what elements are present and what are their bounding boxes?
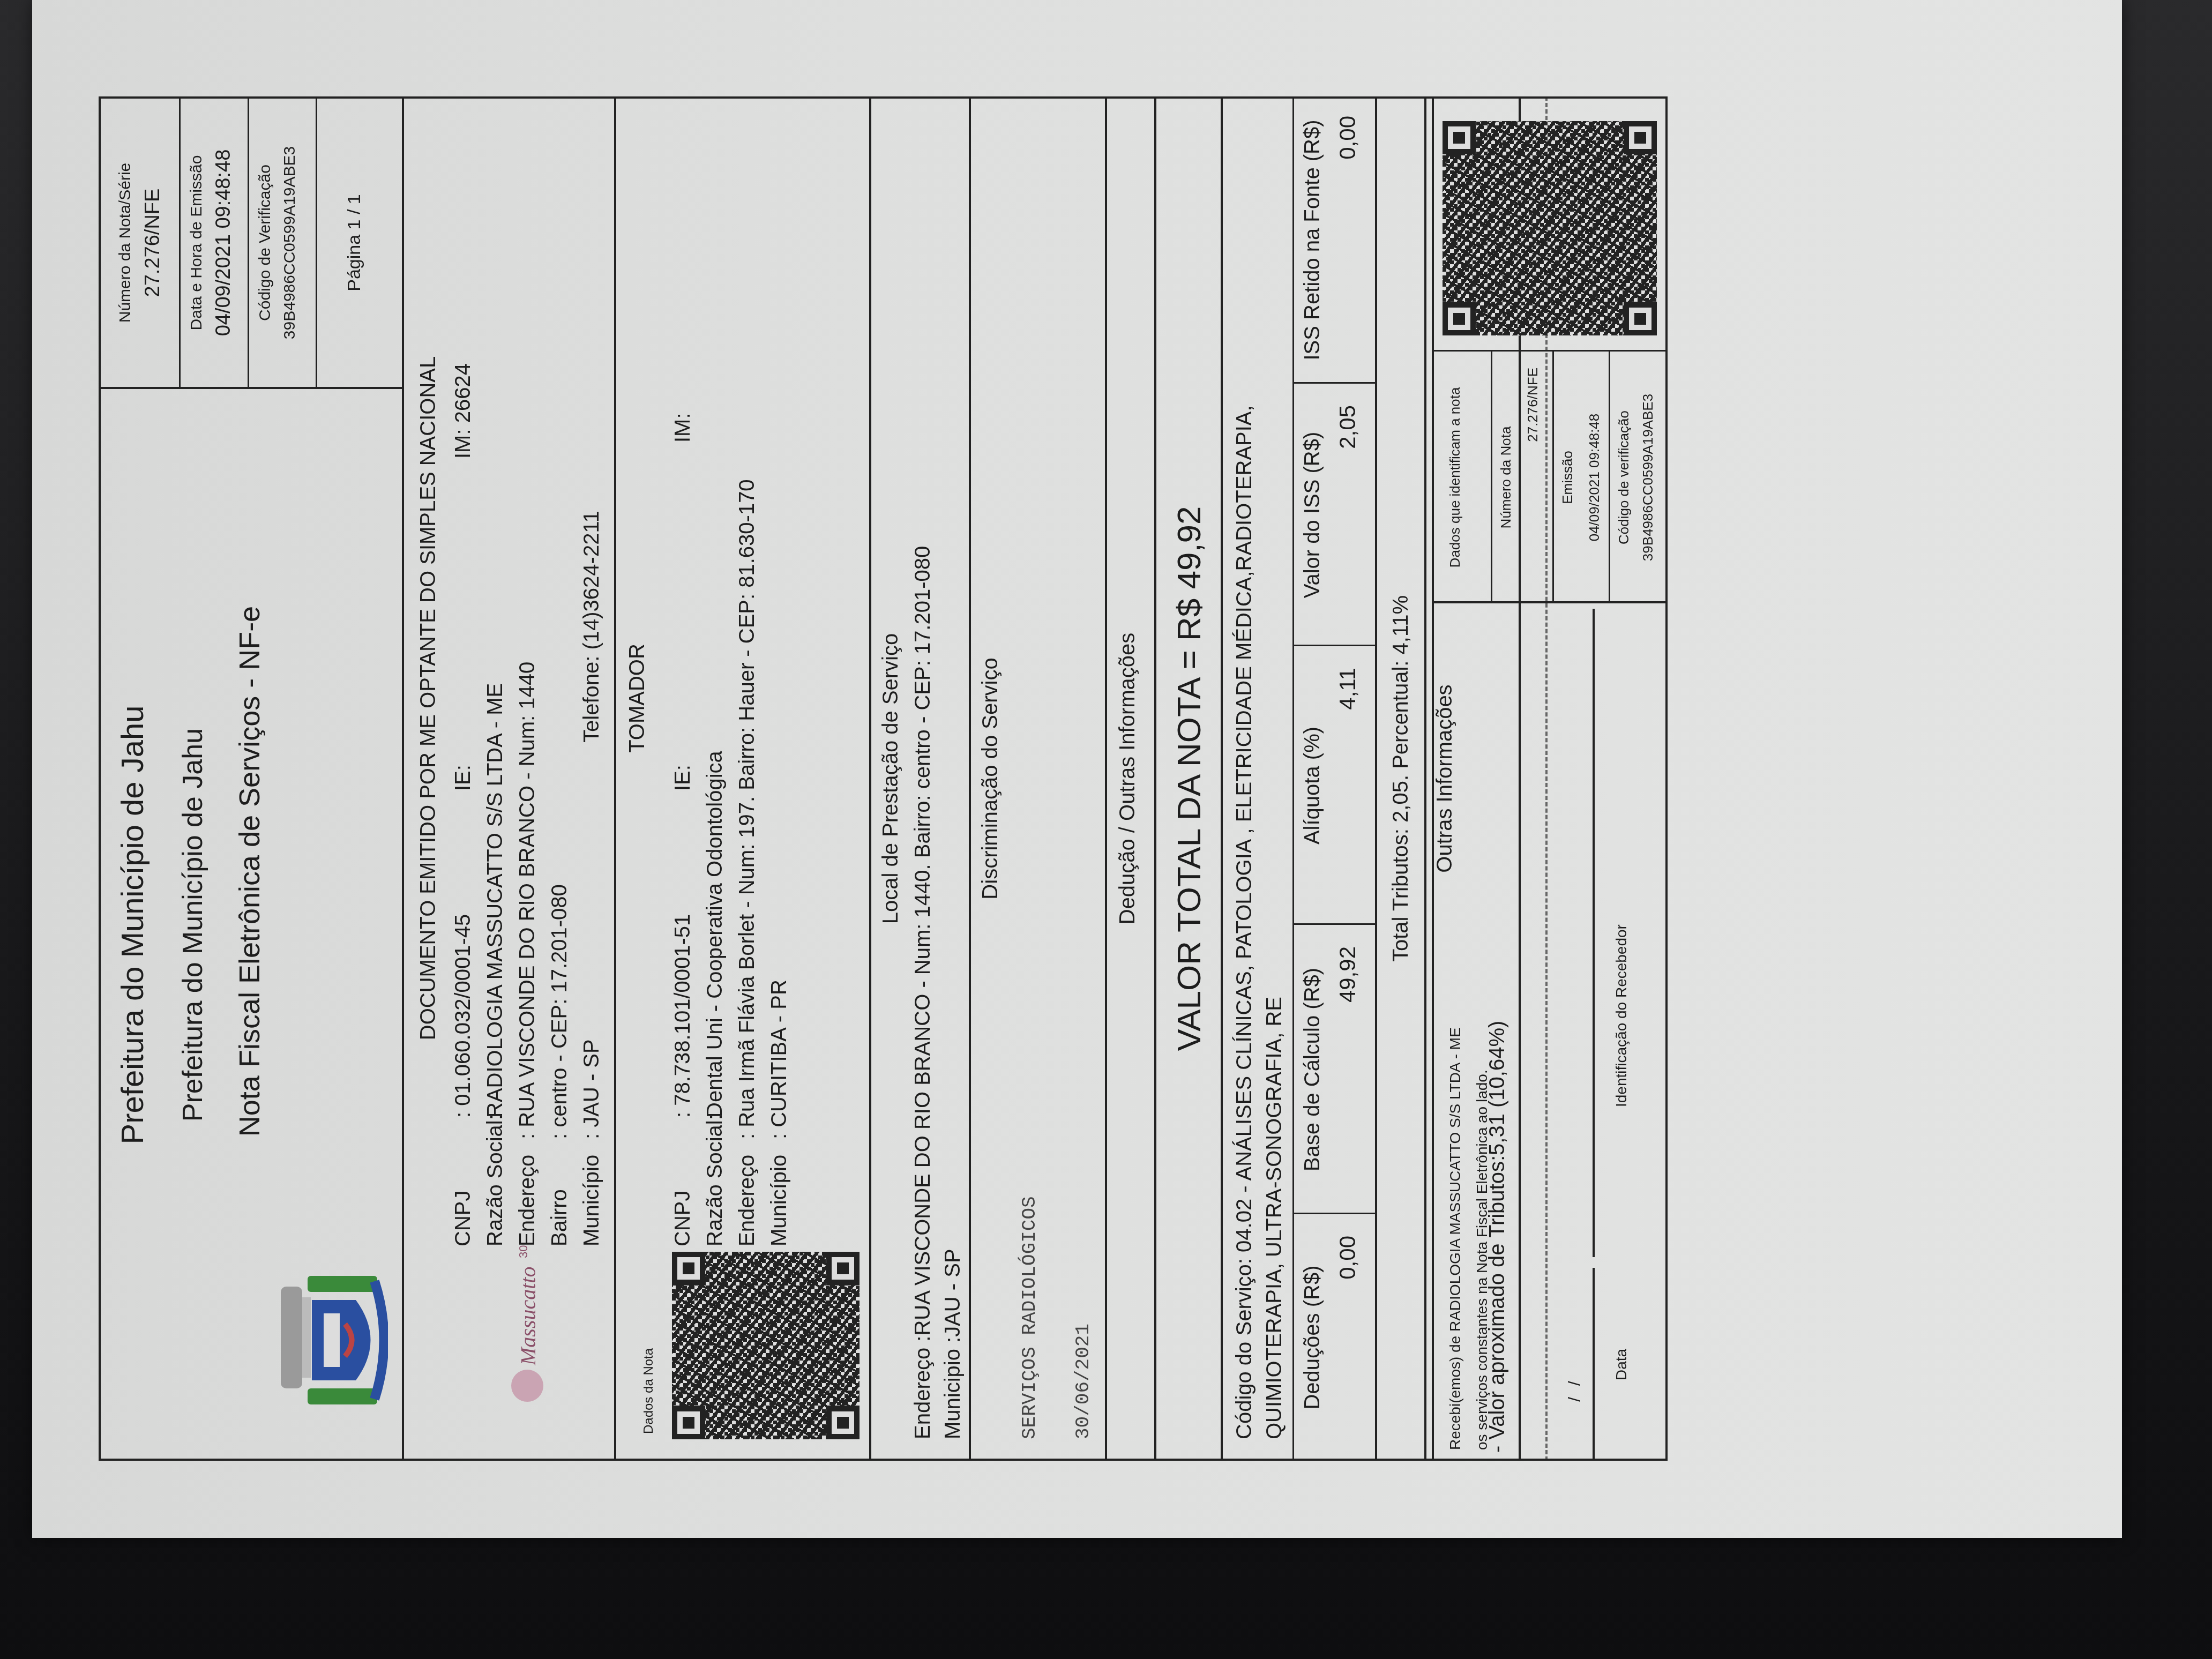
- receipt-date-line: [1593, 1268, 1595, 1461]
- tomador-title: TOMADOR: [626, 96, 648, 1461]
- receipt-data-label: Data: [1614, 1349, 1629, 1380]
- prestador-cnpj-value: : 01.060.032/0001-45: [452, 914, 474, 1118]
- discriminacao-line-1: SERVIÇOS RADIOLÓGICOS: [1020, 1196, 1040, 1439]
- total-tributos: Total Tributos: 2,05. Percentual: 4,11%: [1390, 96, 1411, 1461]
- data-value: 04/09/2021 09:48:48: [213, 96, 234, 389]
- receipt-numero-label: Número da Nota: [1499, 352, 1513, 603]
- cell-divider: [316, 96, 317, 389]
- tomador-cnpj-value: : 78.738.101/0001-51: [672, 914, 693, 1118]
- receipt-cell-divider: [1609, 352, 1610, 603]
- qr-label: Dados da Nota: [642, 1348, 655, 1434]
- massucatto-logo-suffix: 30: [518, 1245, 529, 1258]
- tomador-endereco-label: Endereço: [736, 1155, 758, 1246]
- cell-divider: [179, 96, 181, 389]
- local-prestacao-title: Local de Prestação de Serviço: [880, 96, 901, 1461]
- tax-header-valor-iss: Valor do ISS (R$): [1302, 384, 1323, 646]
- tomador-endereco-value: : Rua Irmã Flávia Borlet - Num: 197. Bai…: [736, 479, 758, 1139]
- tomador-razao-value: Dental Uni - Cooperativa Odontológica: [704, 751, 726, 1118]
- discriminacao-title: Discriminação do Serviço: [980, 96, 1001, 1461]
- numero-label: Número da Nota/Série: [117, 96, 133, 389]
- local-prestacao-municipio: Municipio :JAU - SP: [942, 1249, 963, 1439]
- tomador-municipio-label: Município: [768, 1155, 790, 1246]
- deducao-title: Dedução / Outras Informações: [1117, 96, 1138, 1461]
- receipt-cell-divider: [1552, 352, 1554, 603]
- prestador-municipio-value: : JAU - SP: [581, 1039, 602, 1139]
- tax-value-iss-retido: 0,00: [1336, 116, 1359, 384]
- receipt-line-2: os serviços constantes na Nota Fiscal El…: [1475, 1070, 1490, 1450]
- numero-value: 27.276/NFE: [143, 96, 163, 389]
- receipt-date-field[interactable]: / /: [1566, 1378, 1583, 1402]
- tomador-municipio-value: : CURITIBA - PR: [768, 980, 790, 1139]
- receipt-emissao-label: Emissão: [1560, 352, 1574, 603]
- tax-header-aliquota: Alíquota (%): [1302, 646, 1323, 925]
- prestador-endereco-value: : RUA VISCONDE DO RIO BRANCO - Num: 1440: [517, 662, 538, 1139]
- prestador-telefone: Telefone: (14)3624-2211: [581, 511, 602, 743]
- qr-code-receipt: [1443, 121, 1657, 335]
- prestador-bairro-value: : centro - CEP: 17.201-080: [549, 884, 570, 1139]
- prestador-ie-label: IE:: [452, 765, 474, 791]
- receipt-emissao-value: 04/09/2021 09:48:48: [1587, 352, 1601, 603]
- codigo-label: Código de Verificação: [257, 96, 273, 389]
- prestador-im-label: IM: 26624: [452, 363, 474, 459]
- tax-header-deducoes: Deduções (R$): [1302, 1214, 1323, 1461]
- prestador-razao-value: RADIOLOGIA MASSUCATTO S/S LTDA - ME: [484, 683, 506, 1118]
- local-prestacao-endereco: Endereço :RUA VISCONDE DO RIO BRANCO - N…: [912, 546, 933, 1439]
- massucatto-logo-text: Massucatto: [518, 1267, 539, 1365]
- tomador-razao-label: Razão Social:: [704, 1114, 726, 1246]
- receipt-stub-layer: Recebi(emos) de RADIOLOGIA MASSUCATTO S/…: [1432, 96, 1678, 1461]
- receipt-divider: [1432, 601, 1668, 603]
- page-indicator: Página 1 / 1: [345, 96, 363, 389]
- tax-header-base: Base de Cálculo (R$): [1302, 925, 1323, 1214]
- coat-of-arms-icon: [270, 1271, 388, 1410]
- codigo-servico-line-1: Código do Serviço: 04.02 - ANÁLISES CLÍN…: [1234, 405, 1255, 1439]
- prestador-razao-label: Razão Social:: [484, 1114, 506, 1246]
- receipt-codigo-label: Código de verificação: [1617, 352, 1631, 603]
- tax-value-aliquota: 4,11: [1336, 668, 1359, 925]
- prestador-municipio-label: Município: [581, 1155, 602, 1246]
- receipt-signature-line: [1593, 609, 1595, 1257]
- tomador-ie-label: IE:: [672, 765, 693, 791]
- data-label: Data e Hora de Emissão: [189, 96, 205, 389]
- receipt-numero-value: 27.276/NFE: [1526, 368, 1540, 603]
- valor-total: VALOR TOTAL DA NOTA = R$ 49,92: [1173, 96, 1206, 1461]
- receipt-identificacao-label: Identificação do Recebedor: [1614, 924, 1629, 1107]
- municipality-title: Prefeitura do Município de Jahu: [117, 389, 148, 1461]
- municipality-subtitle: Prefeitura do Município de Jahu: [179, 389, 207, 1461]
- tax-header-iss-retido: ISS Retido na Fonte (R$): [1302, 96, 1323, 384]
- receipt-dados-label: Dados que identificam a nota: [1448, 352, 1462, 603]
- tax-value-valor-iss: 2,05: [1336, 405, 1359, 646]
- codigo-servico-line-2: QUIMIOTERAPIA, ULTRA-SONOGRAFIA, RE: [1264, 997, 1285, 1439]
- receipt-line-1: Recebi(emos) de RADIOLOGIA MASSUCATTO S/…: [1448, 1027, 1463, 1450]
- simples-banner: DOCUMENTO EMITIDO POR ME OPTANTE DO SIMP…: [417, 96, 439, 1300]
- tomador-im-label: IM:: [672, 413, 693, 443]
- qr-code-tomador: [672, 1252, 860, 1439]
- codigo-value: 39B4986CC0599A19ABE3: [282, 96, 298, 389]
- tax-value-deducoes: 0,00: [1336, 1236, 1359, 1461]
- discriminacao-line-2: 30/06/2021: [1074, 1324, 1093, 1439]
- prestador-bairro-label: Bairro: [549, 1189, 570, 1246]
- receipt-qr-divider: [1432, 350, 1668, 352]
- receipt-cell-divider: [1491, 352, 1492, 603]
- receipt-codigo-value: 39B4986CC0599A19ABE3: [1641, 352, 1655, 603]
- prestador-endereco-label: Endereço: [517, 1155, 538, 1246]
- tax-value-base: 49,92: [1336, 946, 1359, 1214]
- document-title: Nota Fiscal Eletrônica de Serviços - NF-…: [235, 389, 264, 1354]
- tomador-cnpj-label: CNPJ: [672, 1191, 693, 1246]
- prestador-cnpj-label: CNPJ: [452, 1191, 474, 1246]
- cell-divider: [248, 96, 249, 389]
- massucatto-logo-icon: [511, 1370, 543, 1402]
